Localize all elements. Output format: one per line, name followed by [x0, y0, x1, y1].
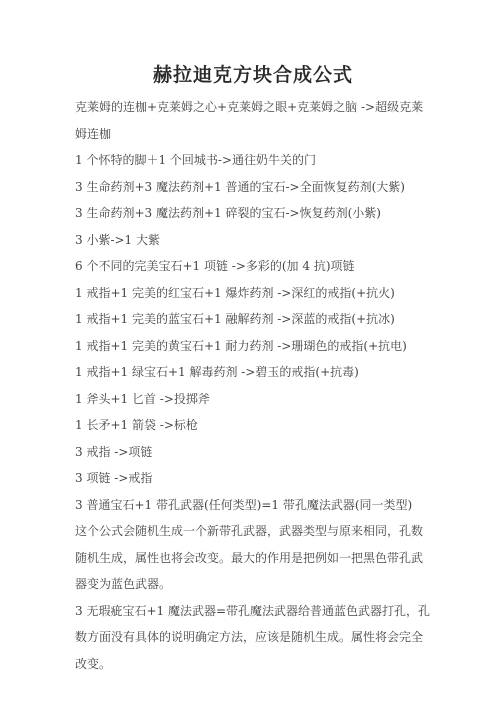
formula-line: 3 项链 ->戒指	[75, 465, 431, 492]
description-paragraph: 这个公式会随机生成一个新带孔武器，武器类型与原来相同，孔数随机生成，属性也将会改…	[75, 518, 431, 598]
formula-line: 1 斧头+1 匕首 ->投掷斧	[75, 386, 431, 413]
formula-line: 6 个不同的完美宝石+1 项链 ->多彩的(加 4 抗)项链	[75, 253, 431, 280]
formula-line: 1 戒指+1 完美的蓝宝石+1 融解药剂 ->深蓝的戒指(+抗冰)	[75, 306, 431, 333]
formula-line: 3 戒指 ->项链	[75, 439, 431, 466]
formula-line: 3 生命药剂+3 魔法药剂+1 碎裂的宝石->恢复药剂(小紫)	[75, 200, 431, 227]
formula-line: 1 戒指+1 完美的红宝石+1 爆炸药剂 ->深红的戒指(+抗火)	[75, 280, 431, 307]
formula-line: 1 戒指+1 完美的黄宝石+1 耐力药剂 ->珊瑚色的戒指(+抗电)	[75, 333, 431, 360]
document-body: 赫拉迪克方块合成公式 克莱姆的连枷+克莱姆之心+克莱姆之眼+克莱姆之脑 ->超级…	[75, 62, 431, 677]
formula-line: 3 普通宝石+1 带孔武器(任何类型)=1 带孔魔法武器(同一类型)	[75, 492, 431, 519]
document-title: 赫拉迪克方块合成公式	[75, 62, 431, 88]
formula-line: 1 戒指+1 绿宝石+1 解毒药剂 ->碧玉的戒指(+抗毒)	[75, 359, 431, 386]
formula-line: 1 长矛+1 箭袋 ->标枪	[75, 412, 431, 439]
formula-line: 克莱姆的连枷+克莱姆之心+克莱姆之眼+克莱姆之脑 ->超级克莱姆连枷	[75, 94, 431, 147]
description-paragraph: 3 无瑕疵宝石+1 魔法武器=带孔魔法武器给普通蓝色武器打孔，孔数方面没有具体的…	[75, 598, 431, 678]
formula-line: 1 个怀特的脚＋1 个回城书->通往奶牛关的门	[75, 147, 431, 174]
formula-line: 3 生命药剂+3 魔法药剂+1 普通的宝石->全面恢复药剂(大紫)	[75, 174, 431, 201]
formula-line: 3 小紫->1 大紫	[75, 227, 431, 254]
